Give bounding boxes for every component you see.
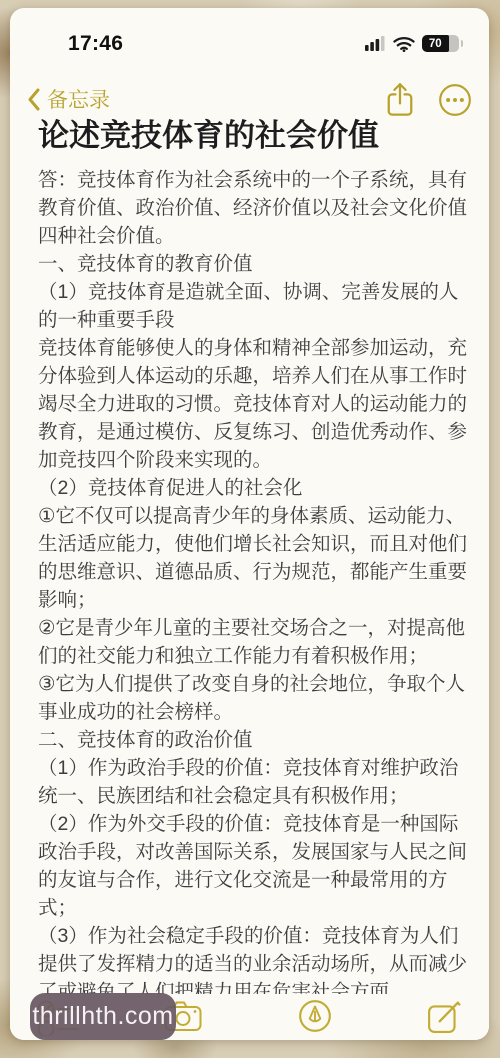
note-paragraph: ②它是青少年儿童的主要社交场合之一，对提高他们的社交能力和独立工作能力有着积极作… bbox=[38, 614, 468, 670]
note-paragraph: 竞技体育能够使人的身体和精神全部参加运动，充分体验到人体运动的乐趣，培养人们在从… bbox=[38, 334, 468, 474]
markup-button[interactable] bbox=[297, 998, 333, 1037]
battery-indicator: 70 bbox=[422, 35, 459, 52]
ellipsis-icon bbox=[437, 82, 473, 118]
clock: 17:46 bbox=[68, 32, 123, 56]
back-button[interactable]: 备忘录 bbox=[27, 84, 110, 114]
back-button-label: 备忘录 bbox=[47, 84, 110, 114]
markup-icon bbox=[297, 998, 333, 1034]
textured-background: 17:46 70 bbox=[0, 0, 500, 1058]
note-paragraph: ①它不仅可以提高青少年的身体素质、运动能力、生活适应能力，使他们增长社会知识，而… bbox=[38, 502, 468, 614]
battery-percent-label: 70 bbox=[429, 38, 442, 50]
note-paragraph: 二、竞技体育的政治价值 bbox=[38, 726, 468, 754]
note-paragraph: （1）作为政治手段的价值：竞技体育对维护政治统一、民族团结和社会稳定具有积极作用… bbox=[38, 754, 468, 810]
cellular-signal-icon bbox=[365, 36, 386, 51]
notes-app-screen: 17:46 70 bbox=[10, 8, 489, 1040]
note-paragraph: （3）作为社会稳定手段的价值：竞技体育为人们提供了发挥精力的适当的业余活动场所，… bbox=[38, 922, 468, 994]
note-title: 论述竞技体育的社会价值 bbox=[38, 116, 468, 156]
chevron-left-icon bbox=[27, 88, 40, 111]
watermark-badge: thrillhth.com bbox=[30, 993, 176, 1040]
note-paragraph: （2）作为外交手段的价值：竞技体育是一种国际政治手段，对改善国际关系，发展国家与… bbox=[38, 810, 468, 922]
battery-fill: 70 bbox=[422, 35, 449, 52]
wifi-icon bbox=[393, 36, 415, 52]
note-paragraph: 答：竞技体育作为社会系统中的一个子系统，具有教育价值、政治价值、经济价值以及社会… bbox=[38, 166, 468, 250]
note-paragraph: 一、竞技体育的教育价值 bbox=[38, 250, 468, 278]
compose-button[interactable] bbox=[427, 998, 463, 1037]
note-paragraph: （1）竞技体育是造就全面、协调、完善发展的人的一种重要手段 bbox=[38, 278, 468, 334]
battery-nub bbox=[461, 40, 464, 47]
share-icon bbox=[385, 82, 415, 118]
note-paragraph: （2）竞技体育促进人的社会化 bbox=[38, 474, 468, 502]
note-content[interactable]: 论述竞技体育的社会价值 答：竞技体育作为社会系统中的一个子系统，具有教育价值、政… bbox=[38, 116, 468, 994]
note-body: 答：竞技体育作为社会系统中的一个子系统，具有教育价值、政治价值、经济价值以及社会… bbox=[38, 166, 468, 994]
note-paragraph: ③它为人们提供了改变自身的社会地位，争取个人事业成功的社会榜样。 bbox=[38, 670, 468, 726]
status-icons: 70 bbox=[365, 35, 459, 52]
watermark-text: thrillhth.com bbox=[32, 1002, 173, 1031]
compose-icon bbox=[427, 998, 463, 1034]
